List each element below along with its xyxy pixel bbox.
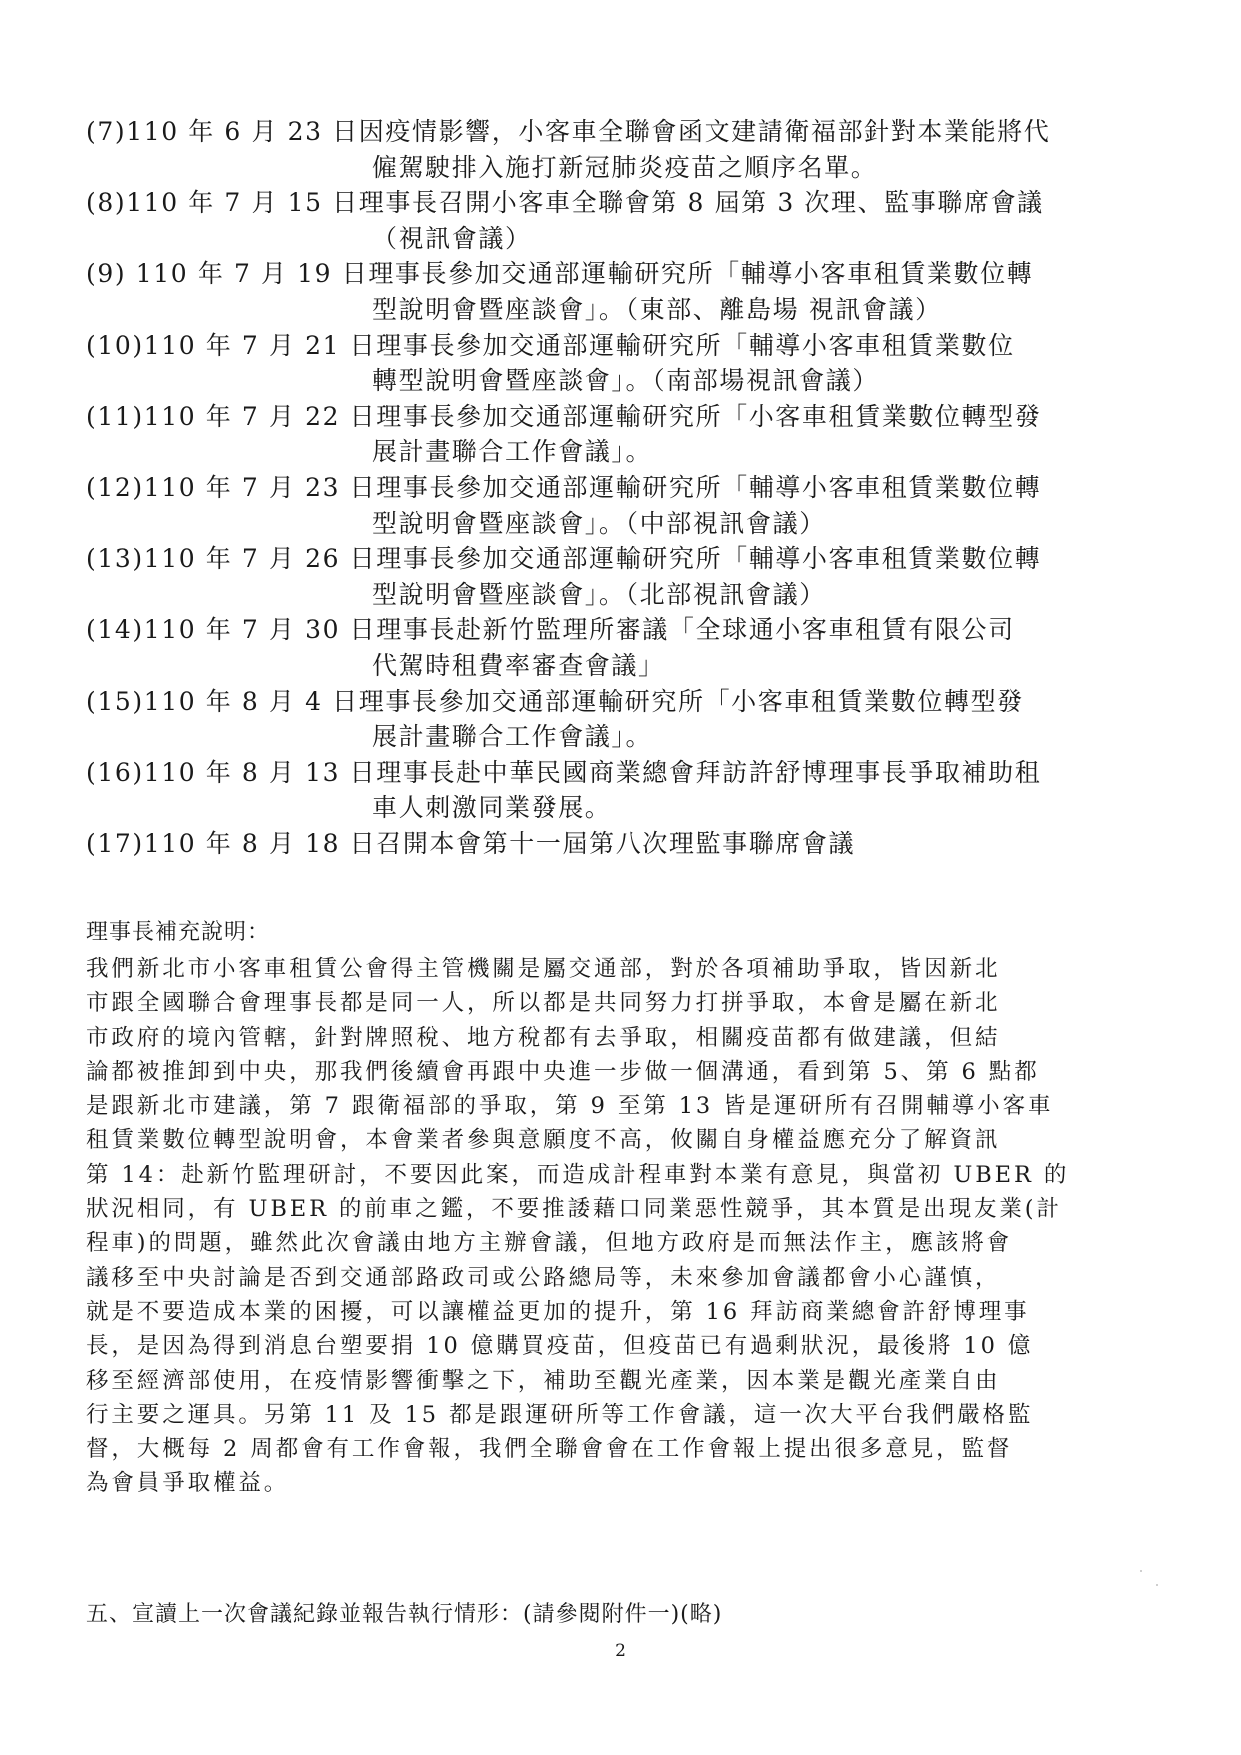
list-item-9: (9) 110 年 7 月 19 日理事長參加交通部運輸研究所「輔導小客車租賃業…: [86, 256, 1166, 327]
document-page: (7)110 年 6 月 23 日因疫情影響，小客車全聯會函文建請衛福部針對本業…: [0, 0, 1241, 1755]
item-line: (15)110 年 8 月 4 日理事長參加交通部運輸研究所「小客車租賃業數位轉…: [86, 684, 1166, 720]
page-number: 2: [0, 1640, 1241, 1662]
item-line: (13)110 年 7 月 26 日理事長參加交通部運輸研究所「輔導小客車租賃業…: [86, 541, 1166, 577]
item-line-continued: 型說明會暨座談會」。（北部視訊會議）: [86, 577, 1166, 613]
paragraph-line: 移至經濟部使用，在疫情影響衝擊之下，補助至觀光產業，因本業是觀光產業自由: [86, 1364, 1166, 1398]
item-line: (16)110 年 8 月 13 日理事長赴中華民國商業總會拜訪許舒博理事長爭取…: [86, 755, 1166, 791]
item-line: (11)110 年 7 月 22 日理事長參加交通部運輸研究所「小客車租賃業數位…: [86, 399, 1166, 435]
paragraph-line: 長，是因為得到消息台塑要捐 10 億購買疫苗，但疫苗已有過剩狀況，最後將 10 …: [86, 1329, 1166, 1363]
list-item-10: (10)110 年 7 月 21 日理事長參加交通部運輸研究所「輔導小客車租賃業…: [86, 328, 1166, 399]
list-item-14: (14)110 年 7 月 30 日理事長赴新竹監理所審議「全球通小客車租賃有限…: [86, 612, 1166, 683]
list-item-13: (13)110 年 7 月 26 日理事長參加交通部運輸研究所「輔導小客車租賃業…: [86, 541, 1166, 612]
paragraph-line: 議移至中央討論是否到交通部路政司或公路總局等，未來參加會議都會小心謹慎，: [86, 1261, 1166, 1295]
item-line-continued: （視訊會議）: [86, 221, 1166, 257]
scan-speck: [1156, 1584, 1158, 1586]
paragraph-line: 督，大概每 2 周都會有工作會報，我們全聯會會在工作會報上提出很多意見，監督: [86, 1432, 1166, 1466]
item-line: (14)110 年 7 月 30 日理事長赴新竹監理所審議「全球通小客車租賃有限…: [86, 612, 1166, 648]
item-line: (9) 110 年 7 月 19 日理事長參加交通部運輸研究所「輔導小客車租賃業…: [86, 256, 1166, 292]
item-line: (12)110 年 7 月 23 日理事長參加交通部運輸研究所「輔導小客車租賃業…: [86, 470, 1166, 506]
item-line-continued: 僱駕駛排入施打新冠肺炎疫苗之順序名單。: [86, 150, 1166, 186]
list-item-16: (16)110 年 8 月 13 日理事長赴中華民國商業總會拜訪許舒博理事長爭取…: [86, 755, 1166, 826]
paragraph-line: 市政府的境內管轄，針對牌照稅、地方稅都有去爭取，相關疫苗都有做建議，但結: [86, 1021, 1166, 1055]
paragraph-line: 為會員爭取權益。: [86, 1466, 1166, 1500]
item-line-continued: 轉型說明會暨座談會」。（南部場視訊會議）: [86, 363, 1166, 399]
item-line-continued: 展計畫聯合工作會議」。: [86, 719, 1166, 755]
paragraph-line: 是跟新北市建議，第 7 跟衛福部的爭取，第 9 至第 13 皆是運研所有召開輔導…: [86, 1089, 1166, 1123]
list-item-7: (7)110 年 6 月 23 日因疫情影響，小客車全聯會函文建請衛福部針對本業…: [86, 114, 1166, 185]
scan-speck: [1140, 1570, 1142, 1572]
item-line: (10)110 年 7 月 21 日理事長參加交通部運輸研究所「輔導小客車租賃業…: [86, 328, 1166, 364]
activity-list: (7)110 年 6 月 23 日因疫情影響，小客車全聯會函文建請衛福部針對本業…: [86, 114, 1166, 861]
item-line: (8)110 年 7 月 15 日理事長召開小客車全聯會第 8 屆第 3 次理、…: [86, 185, 1166, 221]
list-item-8: (8)110 年 7 月 15 日理事長召開小客車全聯會第 8 屆第 3 次理、…: [86, 185, 1166, 256]
item-line: (17)110 年 8 月 18 日召開本會第十一屆第八次理監事聯席會議: [86, 826, 1166, 862]
list-item-12: (12)110 年 7 月 23 日理事長參加交通部運輸研究所「輔導小客車租賃業…: [86, 470, 1166, 541]
paragraph-line: 行主要之運具。另第 11 及 15 都是跟運研所等工作會議，這一次大平台我們嚴格…: [86, 1398, 1166, 1432]
item-line-continued: 展計畫聯合工作會議」。: [86, 434, 1166, 470]
paragraph-line: 論都被推卸到中央，那我們後續會再跟中央進一步做一個溝通，看到第 5、第 6 點都: [86, 1055, 1166, 1089]
chairman-note-paragraph: 我們新北市小客車租賃公會得主管機關是屬交通部，對於各項補助爭取，皆因新北 市跟全…: [86, 952, 1166, 1501]
section-five-heading: 五、宣讀上一次會議紀錄並報告執行情形：(請參閱附件一)(略): [86, 1598, 722, 1632]
item-line: (7)110 年 6 月 23 日因疫情影響，小客車全聯會函文建請衛福部針對本業…: [86, 114, 1166, 150]
paragraph-line: 程車)的問題，雖然此次會議由地方主辦會議，但地方政府是而無法作主，應該將會: [86, 1226, 1166, 1260]
paragraph-line: 我們新北市小客車租賃公會得主管機關是屬交通部，對於各項補助爭取，皆因新北: [86, 952, 1166, 986]
chairman-note-heading: 理事長補充說明：: [86, 916, 270, 950]
list-item-17: (17)110 年 8 月 18 日召開本會第十一屆第八次理監事聯席會議: [86, 826, 1166, 862]
paragraph-line: 市跟全國聯合會理事長都是同一人，所以都是共同努力打拼爭取，本會是屬在新北: [86, 986, 1166, 1020]
item-line-continued: 型說明會暨座談會」。（中部視訊會議）: [86, 506, 1166, 542]
item-line-continued: 型說明會暨座談會」。（東部、離島場 視訊會議）: [86, 292, 1166, 328]
paragraph-line: 租賃業數位轉型說明會，本會業者參與意願度不高，攸關自身權益應充分了解資訊: [86, 1123, 1166, 1157]
paragraph-line: 就是不要造成本業的困擾，可以讓權益更加的提升，第 16 拜訪商業總會許舒博理事: [86, 1295, 1166, 1329]
item-line-continued: 代駕時租費率審查會議」: [86, 648, 1166, 684]
list-item-15: (15)110 年 8 月 4 日理事長參加交通部運輸研究所「小客車租賃業數位轉…: [86, 684, 1166, 755]
paragraph-line: 第 14：赴新竹監理研討，不要因此案，而造成計程車對本業有意見，與當初 UBER…: [86, 1158, 1166, 1192]
item-line-continued: 車人刺激同業發展。: [86, 790, 1166, 826]
list-item-11: (11)110 年 7 月 22 日理事長參加交通部運輸研究所「小客車租賃業數位…: [86, 399, 1166, 470]
paragraph-line: 狀況相同，有 UBER 的前車之鑑，不要推諉藉口同業惡性競爭，其本質是出現友業(…: [86, 1192, 1166, 1226]
